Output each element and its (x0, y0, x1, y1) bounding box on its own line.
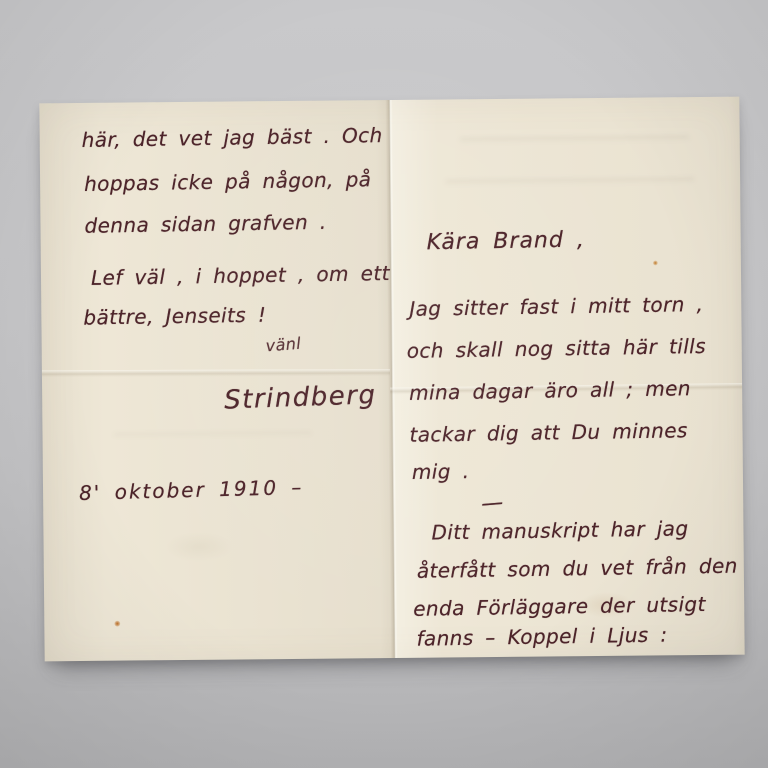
fold-crease-horizontal-left (42, 369, 390, 377)
handwritten-line: bättre, Jenseits ! (83, 303, 266, 330)
handwritten-line: denna sidan grafven . (84, 210, 326, 238)
signature: Strindberg (224, 380, 377, 415)
handwritten-line: mina dagar äro all ; men (409, 376, 691, 405)
handwritten-line: enda Förläggare der utsigt (413, 592, 706, 621)
salutation: Kära Brand , (426, 228, 585, 256)
handwritten-line: mig . (412, 459, 470, 484)
closing-word: vänl (265, 334, 302, 356)
handwritten-line: och skall nog sitta här tills (407, 334, 707, 363)
paragraph-separator-dash: — (480, 490, 504, 517)
letter-paper: här, det vet jag bäst . Och hoppas icke … (39, 97, 744, 662)
handwritten-line: Lef väl , i hoppet , om ett (91, 261, 390, 290)
letter-photograph: här, det vet jag bäst . Och hoppas icke … (0, 0, 768, 768)
handwritten-line: tackar dig att Du minnes (409, 418, 688, 447)
handwritten-line: Ditt manuskript har jag (431, 516, 688, 544)
handwritten-line: hoppas icke på någon, på (84, 167, 372, 196)
handwritten-line: fanns – Koppel i Ljus : (416, 622, 667, 650)
handwritten-line: Jag sitter fast i mitt torn , (409, 292, 703, 321)
handwritten-line: här, det vet jag bäst . Och (81, 123, 382, 152)
